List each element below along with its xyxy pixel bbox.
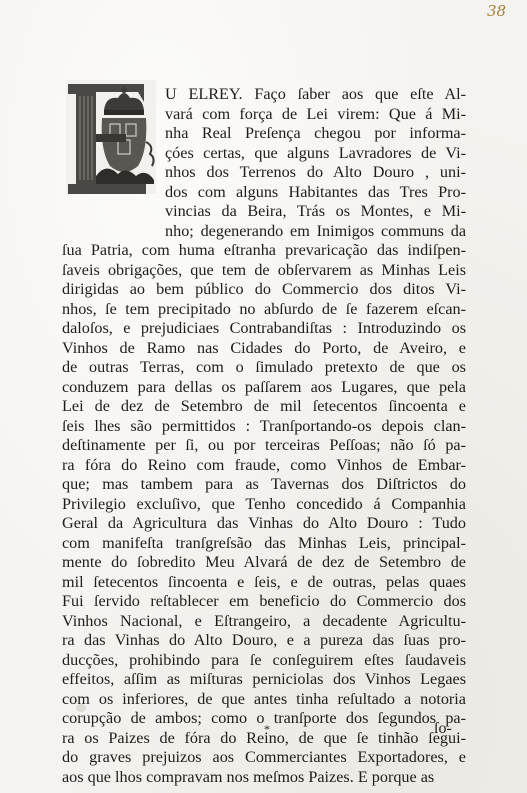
text-line: ra das Vinhas do Alto Douro, e a pureza … xyxy=(62,630,466,650)
text-line: Vinhos Nacional, e Eſtrangeiro, a decade… xyxy=(62,611,466,631)
text-line: daloſos, e prejudiciaes Contrabandiſtas … xyxy=(62,318,466,338)
text-line: çóes certas, que alguns Lavradores de Vi… xyxy=(165,143,466,163)
text-line: ra fóra do Reino com fraude, como Vinhos… xyxy=(62,455,466,475)
text-line: mil ſetecentos ſincoenta e ſeis, e de ou… xyxy=(62,572,466,592)
text-line: ſua Patria, com huma eſtranha prevaricaç… xyxy=(62,240,466,260)
decorated-initial-e-icon xyxy=(66,80,156,194)
folio-number: 38 xyxy=(487,2,506,20)
text-line: U ELREY. Faço ſaber aos que eſte Al- xyxy=(165,84,466,104)
text-line: vincias da Beira, Trás os Montes, e Mi- xyxy=(165,201,466,221)
text-line: dos com alguns Habitantes das Tres Pro- xyxy=(165,182,466,202)
text-line: nhos dos Terrenos do Alto Douro , uni- xyxy=(165,162,466,182)
text-line: Lei de dez de Setembro de mil ſetecentos… xyxy=(62,396,466,416)
text-line: ſeis lhes são permittidos : Tranſportand… xyxy=(62,416,466,436)
text-line: do graves prejuizos aos Commerciantes Ex… xyxy=(62,747,466,767)
document-page: 38 U ELREY. Faço ſaber aos que eſte Al- … xyxy=(0,0,527,793)
text-line: ducções, prohibindo para ſe conſeguirem … xyxy=(62,650,466,670)
text-line: vará com força de Lei virem: Que á Mi- xyxy=(165,104,466,124)
text-line: nha Real Preſença chegou por informa- xyxy=(165,123,466,143)
text-line: nho; degenerando em Inimigos communs da xyxy=(165,221,466,241)
text-line: conduzem para dellas os paſſarem aos Lug… xyxy=(62,377,466,397)
text-line: que; mas tambem para as Tavernas dos Diſ… xyxy=(62,474,466,494)
paper-smudge xyxy=(76,704,86,712)
text-line: de outras Terras, com o ſimulado pretext… xyxy=(62,357,466,377)
text-line: mente do ſobredito Meu Alvará de dez de … xyxy=(62,552,466,572)
text-line: Fui ſervido reſtablecer em beneficio do … xyxy=(62,591,466,611)
signature-mark: * xyxy=(264,722,270,737)
text-line: Vinhos de Ramo nas Cidades do Porto, de … xyxy=(62,338,466,358)
text-line: deſtinamente per ſi, ou por terceiras Pe… xyxy=(62,435,466,455)
text-line: Geral da Agricultura das Vinhas do Alto … xyxy=(62,513,466,533)
text-line: effeitos, aſſim as miſturas perniciolas … xyxy=(62,669,466,689)
text-line: com manifeſta tranſgreſsão das Minhas Le… xyxy=(62,533,466,553)
text-line: com os inferiores, de que antes tinha re… xyxy=(62,689,466,709)
text-line: dirigidas ao bem público do Commercio do… xyxy=(62,279,466,299)
catchword: ſo- xyxy=(434,720,452,738)
text-line: ſaveis obrigações, que tem de obſervarem… xyxy=(62,260,466,280)
text-line: nhos, ſe tem precipitado no abſurdo de ſ… xyxy=(62,299,466,319)
text-line: Privilegio excluſivo, que Tenho concedid… xyxy=(62,494,466,514)
text-line: aos que lhos compravam nos meſmos Paizes… xyxy=(62,767,466,787)
